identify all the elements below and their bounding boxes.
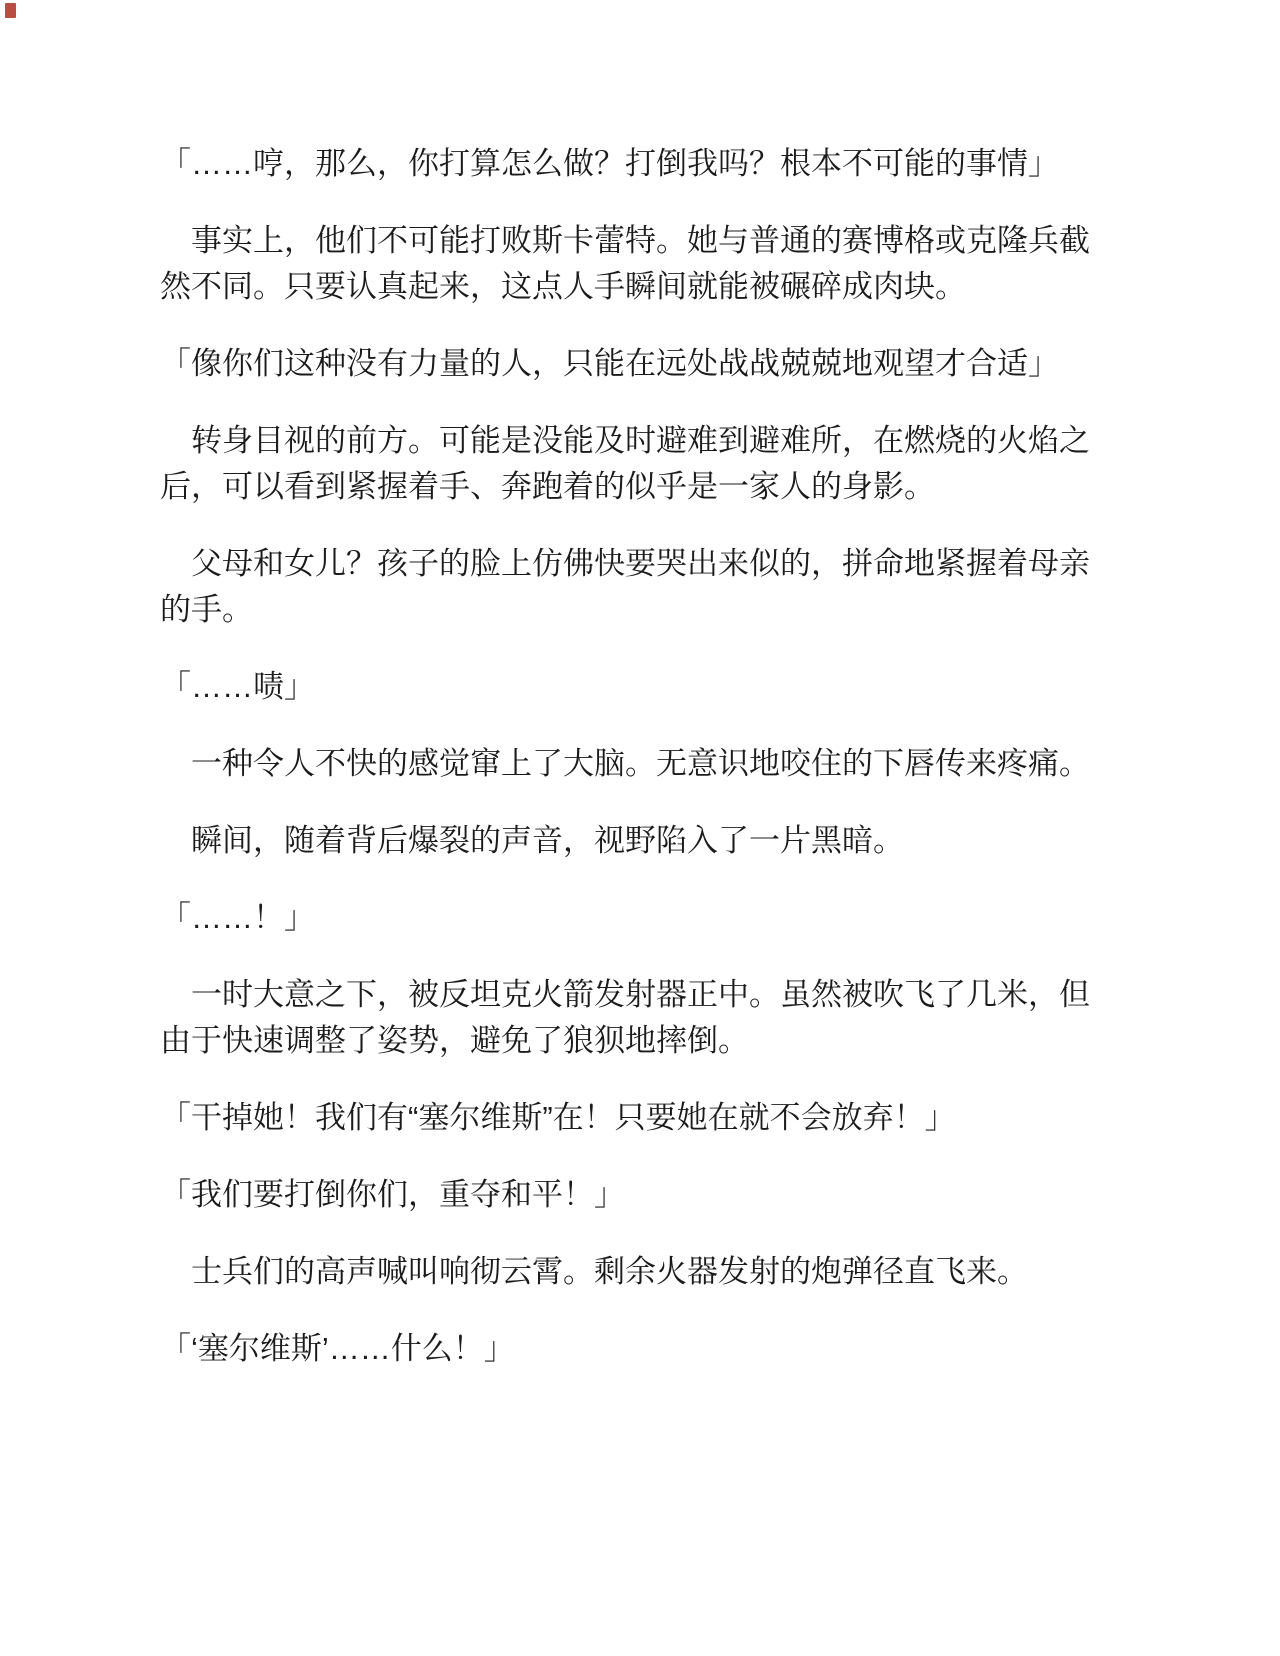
paragraph-11: 「干掉她！我们有“塞尔维斯”在！只要她在就不会放弃！」 <box>160 1095 1105 1141</box>
paragraph-5: 父母和女儿？孩子的脸上仿佛快要哭出来似的，拼命地紧握着母亲的手。 <box>160 541 1105 633</box>
text-segment: 真起来， <box>377 269 501 304</box>
text-segment: 和平！」 <box>501 1177 625 1212</box>
paragraph-3: 「像你们这种没有力量的人，只能在远处战战兢兢地观望才合适」 <box>160 341 1105 387</box>
text-segment: 视 <box>284 423 315 458</box>
text-segment: 来。 <box>966 1254 1028 1289</box>
text-segment: 斯卡蕾特。她与普通的 <box>532 223 842 258</box>
paragraph-12: 「我们要打倒你们，重夺和平！」 <box>160 1172 1105 1218</box>
text-segment: 识 <box>718 746 749 781</box>
text-segment: 转 <box>191 423 222 458</box>
text-segment: 啧 <box>253 669 284 704</box>
text-segment: 的手。 <box>160 592 253 627</box>
paragraph-9: 「……！」 <box>160 895 1105 941</box>
text-segment: 事 <box>191 223 222 258</box>
text-segment: 到避 <box>718 423 780 458</box>
text-segment: 维 <box>260 1331 291 1366</box>
text-segment: 飞 <box>904 977 935 1012</box>
text-segment: 握着母 <box>966 546 1059 581</box>
document-page: 「……哼，那么，你打算怎么做？打倒我吗？根本不可能的事情」事实上，他们不可能打败… <box>0 0 1280 1656</box>
text-segment: 直 <box>904 1254 935 1289</box>
text-segment: 这点 <box>501 269 563 304</box>
text-segment: 势 <box>408 1023 439 1058</box>
text-segment: 紧 <box>935 546 966 581</box>
text-segment: 要打倒你 <box>253 1177 377 1212</box>
text-segment: 「像你 <box>160 346 253 381</box>
text-segment: 认 <box>346 269 377 304</box>
text-segment: 一 <box>191 977 222 1012</box>
text-segment: 的高声喊叫响 <box>284 1254 470 1289</box>
text-segment: 射的炮 <box>749 1254 842 1289</box>
text-segment: 弹径 <box>842 1254 904 1289</box>
text-segment: 时 <box>625 423 656 458</box>
text-segment: 」 <box>284 669 315 704</box>
text-segment: 没有力量的人，只能在 <box>346 346 656 381</box>
paragraph-2: 事实上，他们不可能打败斯卡蕾特。她与普通的赛博格或克隆兵截然不同。只要认真起来，… <box>160 218 1105 310</box>
text-segment: 有“塞尔 <box>377 1100 480 1135</box>
text-segment: 发 <box>718 1254 749 1289</box>
text-segment: 避 <box>656 423 687 458</box>
paragraph-4: 转身目视的前方。可能是没能及时避难到避难所，在燃烧的火焰之后，可以看到紧握着手、… <box>160 418 1105 510</box>
text-segment: 「……！」 <box>160 900 315 935</box>
corner-artifact <box>5 3 16 18</box>
text-segment: 们这种 <box>253 346 346 381</box>
text-segment: 视 <box>594 823 625 858</box>
text-segment: 身目 <box>222 423 284 458</box>
text-segment: 发 <box>594 977 625 1012</box>
text-segment: ，重 <box>408 1177 470 1212</box>
text-segment: 彻 <box>470 1254 501 1289</box>
text-segment: 难 <box>687 423 718 458</box>
text-segment: 斯’……什么！」 <box>291 1331 515 1366</box>
text-segment: 野陷入了一片黑暗。 <box>625 823 904 858</box>
text-segment: 。无意 <box>625 746 718 781</box>
text-segment: 士兵 <box>191 1254 253 1289</box>
text-segment: 兢兢地 <box>780 346 873 381</box>
text-segment: 握着手、奔跑着的似乎是一家人的身影。 <box>377 469 935 504</box>
text-segment: 来疼痛。 <box>966 746 1090 781</box>
text-segment: 赛 <box>842 223 873 258</box>
paragraph-6: 「……啧」 <box>160 664 1105 710</box>
text-segment: 败 <box>501 223 532 258</box>
text-segment: 父母和女儿？孩子的 <box>191 546 470 581</box>
text-segment: 时 <box>222 977 253 1012</box>
text-segment: 。 <box>935 269 966 304</box>
text-segment: 上仿佛快要哭出来似的，拼命地 <box>501 546 935 581</box>
text-segment: 上，他 <box>253 223 346 258</box>
text-segment: 们 <box>222 1177 253 1212</box>
paragraph-14: 「‘塞尔维斯’……什么！」 <box>160 1326 1105 1372</box>
text-segment: 烧 <box>935 423 966 458</box>
text-segment: 观 <box>873 346 904 381</box>
text-segment: 传 <box>935 746 966 781</box>
text-segment: 们 <box>346 223 377 258</box>
text-segment: 们 <box>377 1177 408 1212</box>
paragraph-1: 「……哼，那么，你打算怎么做？打倒我吗？根本不可能的事情」 <box>160 141 1105 187</box>
text-segment: 们 <box>253 1254 284 1289</box>
text-segment: 上了大 <box>501 746 594 781</box>
text-segment: 块 <box>904 269 935 304</box>
text-segment: 地咬住的下唇 <box>749 746 935 781</box>
text-segment: 一 <box>191 746 222 781</box>
paragraph-10: 一时大意之下，被反坦克火箭发射器正中。虽然被吹飞了几米，但由于快速调整了姿势，避… <box>160 972 1105 1064</box>
text-segment: 不可能打 <box>377 223 501 258</box>
paragraph-13: 士兵们的高声喊叫响彻云霄。剩余火器发射的炮弹径直飞来。 <box>160 1249 1105 1295</box>
paragraph-8: 瞬间，随着背后爆裂的声音，视野陷入了一片黑暗。 <box>160 818 1105 864</box>
text-segment: 适 <box>997 346 1028 381</box>
text-segment: 地摔倒。 <box>625 1023 749 1058</box>
text-segment: 种 <box>222 746 253 781</box>
text-segment: 「我 <box>160 1177 222 1212</box>
text-segment: 脑 <box>594 746 625 781</box>
text-segment: 飞 <box>935 1254 966 1289</box>
text-segment: 令人不快的感 <box>253 746 439 781</box>
text-segment: 调 <box>284 1023 315 1058</box>
text-segment: 觉窜 <box>439 746 501 781</box>
text-segment: ，避免了狼 <box>439 1023 594 1058</box>
paragraph-7: 一种令人不快的感觉窜上了大脑。无意识地咬住的下唇传来疼痛。 <box>160 741 1105 787</box>
text-segment: 「‘塞尔 <box>160 1331 260 1366</box>
text-segment: 亲 <box>1059 546 1090 581</box>
text-segment: 大意之下，被反坦克火箭 <box>253 977 594 1012</box>
text-segment: 望才合 <box>904 346 997 381</box>
text-segment: 狈 <box>594 1023 625 1058</box>
text-segment: 脸 <box>470 546 501 581</box>
text-segment: 们 <box>346 1100 377 1135</box>
text-segment: 人手瞬间就能被碾碎成肉 <box>563 269 904 304</box>
text-segment: 「…… <box>160 669 253 704</box>
text-segment: 整了姿 <box>315 1023 408 1058</box>
text-segment: 实 <box>222 223 253 258</box>
text-segment: 紧 <box>346 469 377 504</box>
text-segment: 云霄。剩余火器 <box>501 1254 718 1289</box>
text-segment: 」 <box>1028 346 1059 381</box>
text-segment: 斯”在！只要她在就不会放弃！」 <box>511 1100 955 1135</box>
text-segment: 所，在燃 <box>811 423 935 458</box>
text-segment: 射器正中。虽然被吹 <box>625 977 904 1012</box>
text-segment: 的前方。可能是没能及 <box>315 423 625 458</box>
text-segment: 维 <box>480 1100 511 1135</box>
text-segment: 「干掉她！我 <box>160 1100 346 1135</box>
text-segment: 难 <box>780 423 811 458</box>
text-segment: 「……哼，那么，你打算怎么做？打倒我吗？根本不可能的事情」 <box>160 146 1059 181</box>
text-column: 「……哼，那么，你打算怎么做？打倒我吗？根本不可能的事情」事实上，他们不可能打败… <box>160 141 1105 1403</box>
text-segment: 远处战战 <box>656 346 780 381</box>
text-segment: 夺 <box>470 1177 501 1212</box>
text-segment: 瞬间，随着背后爆裂的声音， <box>191 823 594 858</box>
